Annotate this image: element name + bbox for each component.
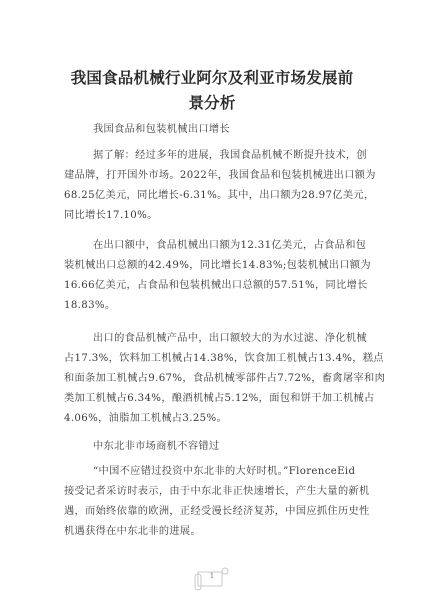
page-number: 1 bbox=[192, 572, 232, 580]
text-line: 遇，而始终依靠的欧洲，正经受漫长经济复苏，中国应抓住历史性 bbox=[64, 505, 360, 519]
text-line: 在出口额中，食品机械出口额为12.31亿美元，占食品和包 bbox=[93, 239, 360, 253]
title-line-2: 景分析 bbox=[60, 91, 364, 116]
text-line: 机遇获得在中东北非的进展。 bbox=[64, 525, 360, 539]
text-line: 4.06%，油脂加工机械占3.25%。 bbox=[64, 412, 360, 426]
text-line: 接受记者采访时表示，由于中东北非正快速增长，产生大量的新机 bbox=[64, 485, 360, 499]
text-line: “中国不应错过投资中东北非的大好时机。”FlorenceEid bbox=[93, 465, 360, 479]
text-line: 我国食品和包装机械出口增长 bbox=[93, 123, 360, 137]
text-line: 建品牌，打开国外市场。2022年，我国食品和包装机械进出口额为 bbox=[64, 169, 360, 183]
text-line: 出口的食品机械产品中，出口额较大的为水过滤、净化机械 bbox=[93, 332, 360, 346]
text-line: 同比增长17.10%。 bbox=[64, 209, 360, 223]
text-line: 据了解：经过多年的进展，我国食品机械不断提升技术，创 bbox=[93, 149, 360, 163]
text-line: 占17.3%，饮料加工机械占14.38%，饮食加工机械占13.4%，糕点 bbox=[64, 352, 360, 366]
text-line: 68.25亿美元，同比增长-6.31%。其中，出口额为28.97亿美元， bbox=[64, 189, 360, 203]
text-line: 18.83%。 bbox=[64, 299, 360, 313]
text-line: 和面条加工机械占9.67%，食品机械零部件占7.72%，畜禽屠宰和肉 bbox=[64, 372, 360, 386]
title-line-1: 我国食品机械行业阿尔及利亚市场发展前 bbox=[60, 66, 364, 91]
page-footer: 1 bbox=[192, 566, 232, 592]
document-title: 我国食品机械行业阿尔及利亚市场发展前 景分析 bbox=[60, 66, 364, 116]
text-line: 装机械出口总额的42.49%，同比增长14.83%;包装机械出口额为 bbox=[64, 259, 360, 273]
text-line: 类加工机械占6.34%，酿酒机械占5.12%，面包和饼干加工机械占 bbox=[64, 392, 360, 406]
text-line: 16.66亿美元，占食品和包装机械出口总额的57.51%，同比增长 bbox=[64, 279, 360, 293]
text-line: 中东北非市场商机不容错过 bbox=[93, 440, 360, 454]
